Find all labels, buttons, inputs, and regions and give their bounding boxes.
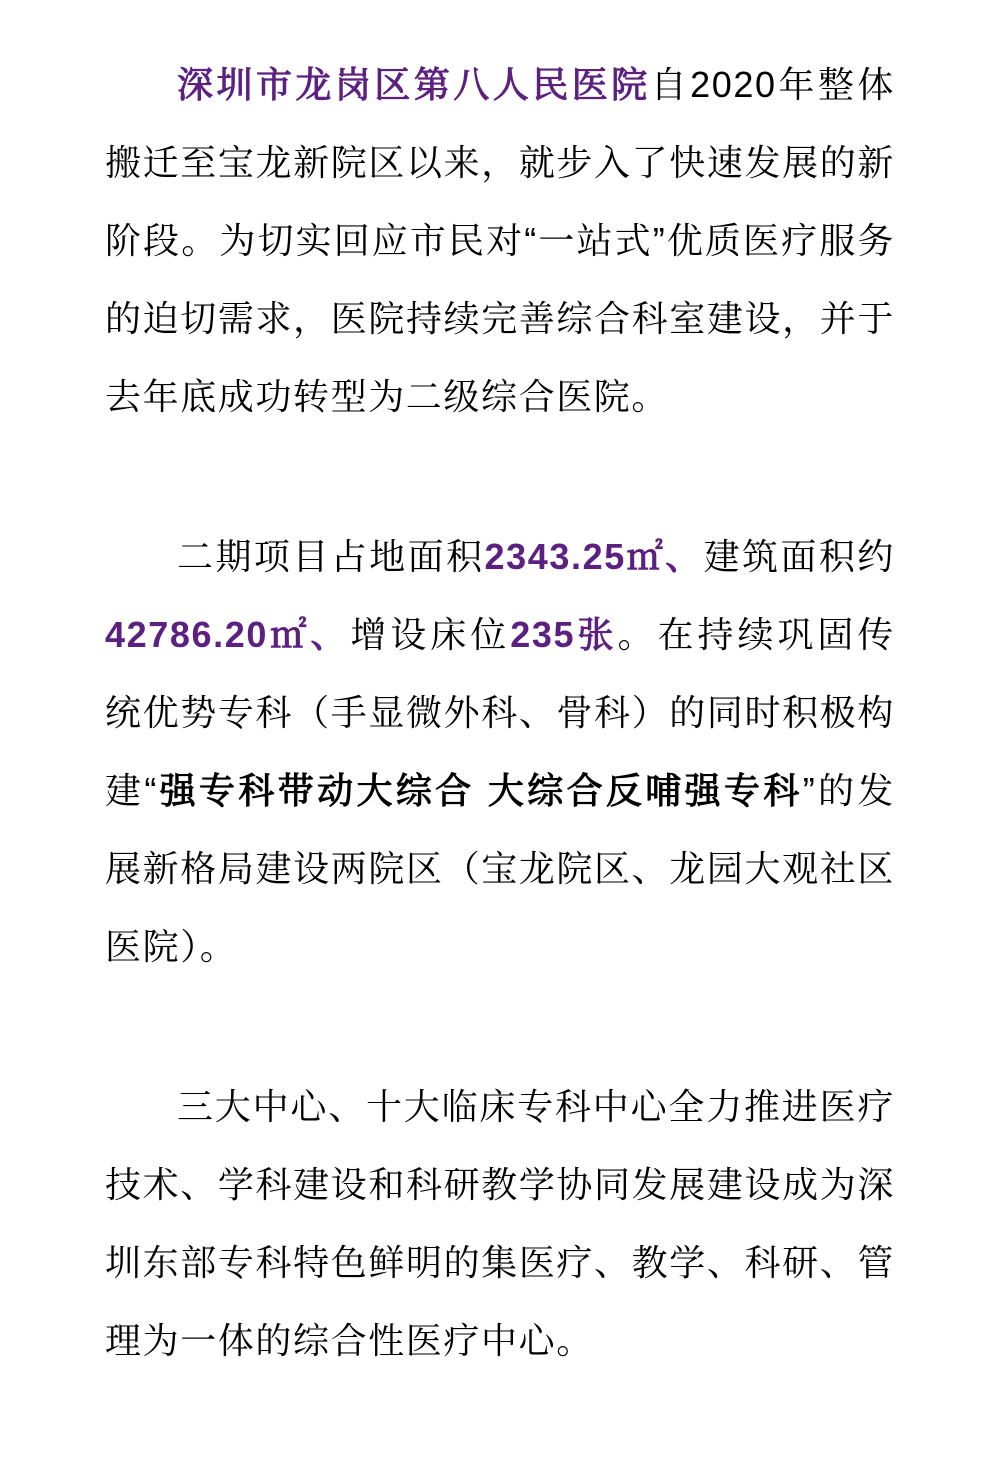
paragraph: 二期项目占地面积2343.25㎡、建筑面积约42786.20㎡、增设床位235张… (105, 518, 895, 986)
paragraph: 三大中心、十大临床专科中心全力推进医疗技术、学科建设和科研教学协同发展建设成为深… (105, 1068, 895, 1380)
article-page: 深圳市龙岗区第八人民医院自2020年整体搬迁至宝龙新院区以来，就步入了快速发展的… (0, 0, 1000, 1457)
text-run: 自2020年整体搬迁至宝龙新院区以来，就步入了快速发展的新阶段。为切实回应市民对… (105, 64, 895, 417)
text-run: 二期项目占地面积 (177, 536, 485, 577)
text-run: 三大中心、十大临床专科中心全力推进医疗技术、学科建设和科研教学协同发展建设成为深… (105, 1086, 895, 1361)
text-run: 建筑面积约 (704, 536, 895, 577)
hospital-name: 深圳市龙岗区第八人民医院 (177, 64, 651, 105)
paragraph: 深圳市龙岗区第八人民医院自2020年整体搬迁至宝龙新院区以来，就步入了快速发展的… (105, 46, 895, 436)
slogan-text: 强专科带动大综合 大综合反哺强专科 (158, 770, 803, 811)
land-area-value: 2343.25㎡、 (485, 536, 704, 577)
text-run: 增设床位 (350, 614, 510, 655)
building-area-value: 42786.20㎡、 (105, 614, 350, 655)
bed-count-value: 235张 (510, 614, 617, 655)
article-body: 深圳市龙岗区第八人民医院自2020年整体搬迁至宝龙新院区以来，就步入了快速发展的… (0, 0, 1000, 1380)
